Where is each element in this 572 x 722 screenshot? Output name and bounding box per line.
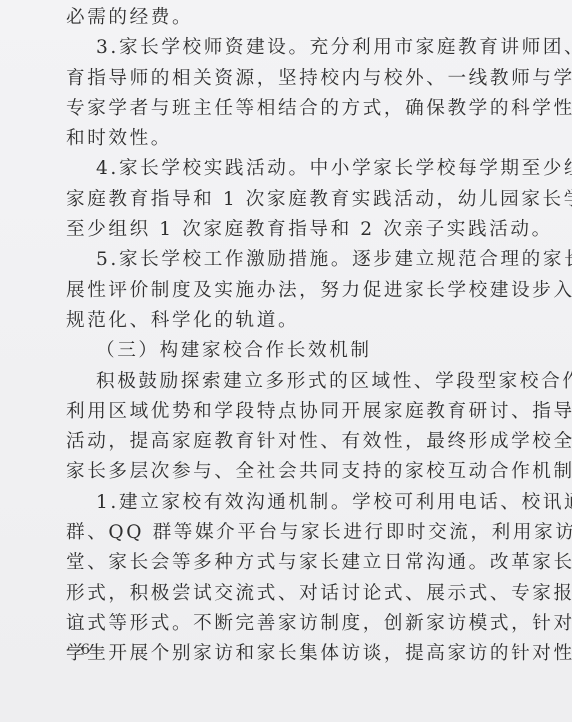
paragraph-line: 群、QQ 群等媒介平台与家长进行即时交流，利用家访、家长课	[66, 518, 506, 548]
paragraph-line: 堂、家长会等多种方式与家长建立日常沟通。改革家长会的组织	[66, 548, 506, 578]
paragraph-line: 家长多层次参与、全社会共同支持的家校互动合作机制。	[66, 457, 506, 487]
document-body: 必需的经费。 3.家长学校师资建设。充分利用市家庭教育讲师团、家庭教 育指导师的…	[66, 3, 506, 670]
paragraph-line: 学生开展个别家访和家长集体访谈，提高家访的针对性和有效性。	[66, 639, 506, 669]
section-heading: （三）构建家校合作长效机制	[66, 336, 506, 366]
paragraph-line: 5.家长学校工作激励措施。逐步建立规范合理的家长学校发	[66, 245, 506, 275]
paragraph-line: 利用区域优势和学段特点协同开展家庭教育研讨、指导、交流等	[66, 397, 506, 427]
paragraph-line: 规范化、科学化的轨道。	[66, 306, 506, 336]
page-number: —6—	[66, 642, 106, 658]
paragraph-line: 和时效性。	[66, 124, 506, 154]
paragraph-line: 活动，提高家庭教育针对性、有效性，最终形成学校全方位开放、	[66, 427, 506, 457]
paragraph-line: 3.家长学校师资建设。充分利用市家庭教育讲师团、家庭教	[66, 33, 506, 63]
paragraph-line: 专家学者与班主任等相结合的方式，确保教学的科学性、针对性	[66, 94, 506, 124]
paragraph-line: 积极鼓励探索建立多形式的区域性、学段型家校合作共同体，	[66, 367, 506, 397]
paragraph-line: 谊式等形式。不断完善家访制度，创新家访模式，针对不同类型	[66, 609, 506, 639]
paragraph-line: 育指导师的相关资源，坚持校内与校外、一线教师与学生家长、	[66, 64, 506, 94]
paragraph-line: 形式，积极尝试交流式、对话讨论式、展示式、专家报告式、联	[66, 579, 506, 609]
paragraph-line: 至少组织 1 次家庭教育指导和 2 次亲子实践活动。	[66, 215, 506, 245]
document-page: 必需的经费。 3.家长学校师资建设。充分利用市家庭教育讲师团、家庭教 育指导师的…	[0, 0, 572, 722]
paragraph-line: 展性评价制度及实施办法，努力促进家长学校建设步入制度化、	[66, 276, 506, 306]
paragraph-line: 1.建立家校有效沟通机制。学校可利用电话、校讯通、微信	[66, 488, 506, 518]
paragraph-line: 家庭教育指导和 1 次家庭教育实践活动，幼儿园家长学校每学期	[66, 185, 506, 215]
paragraph-line: 4.家长学校实践活动。中小学家长学校每学期至少组织 1 次	[66, 154, 506, 184]
paragraph-line: 必需的经费。	[66, 3, 506, 33]
